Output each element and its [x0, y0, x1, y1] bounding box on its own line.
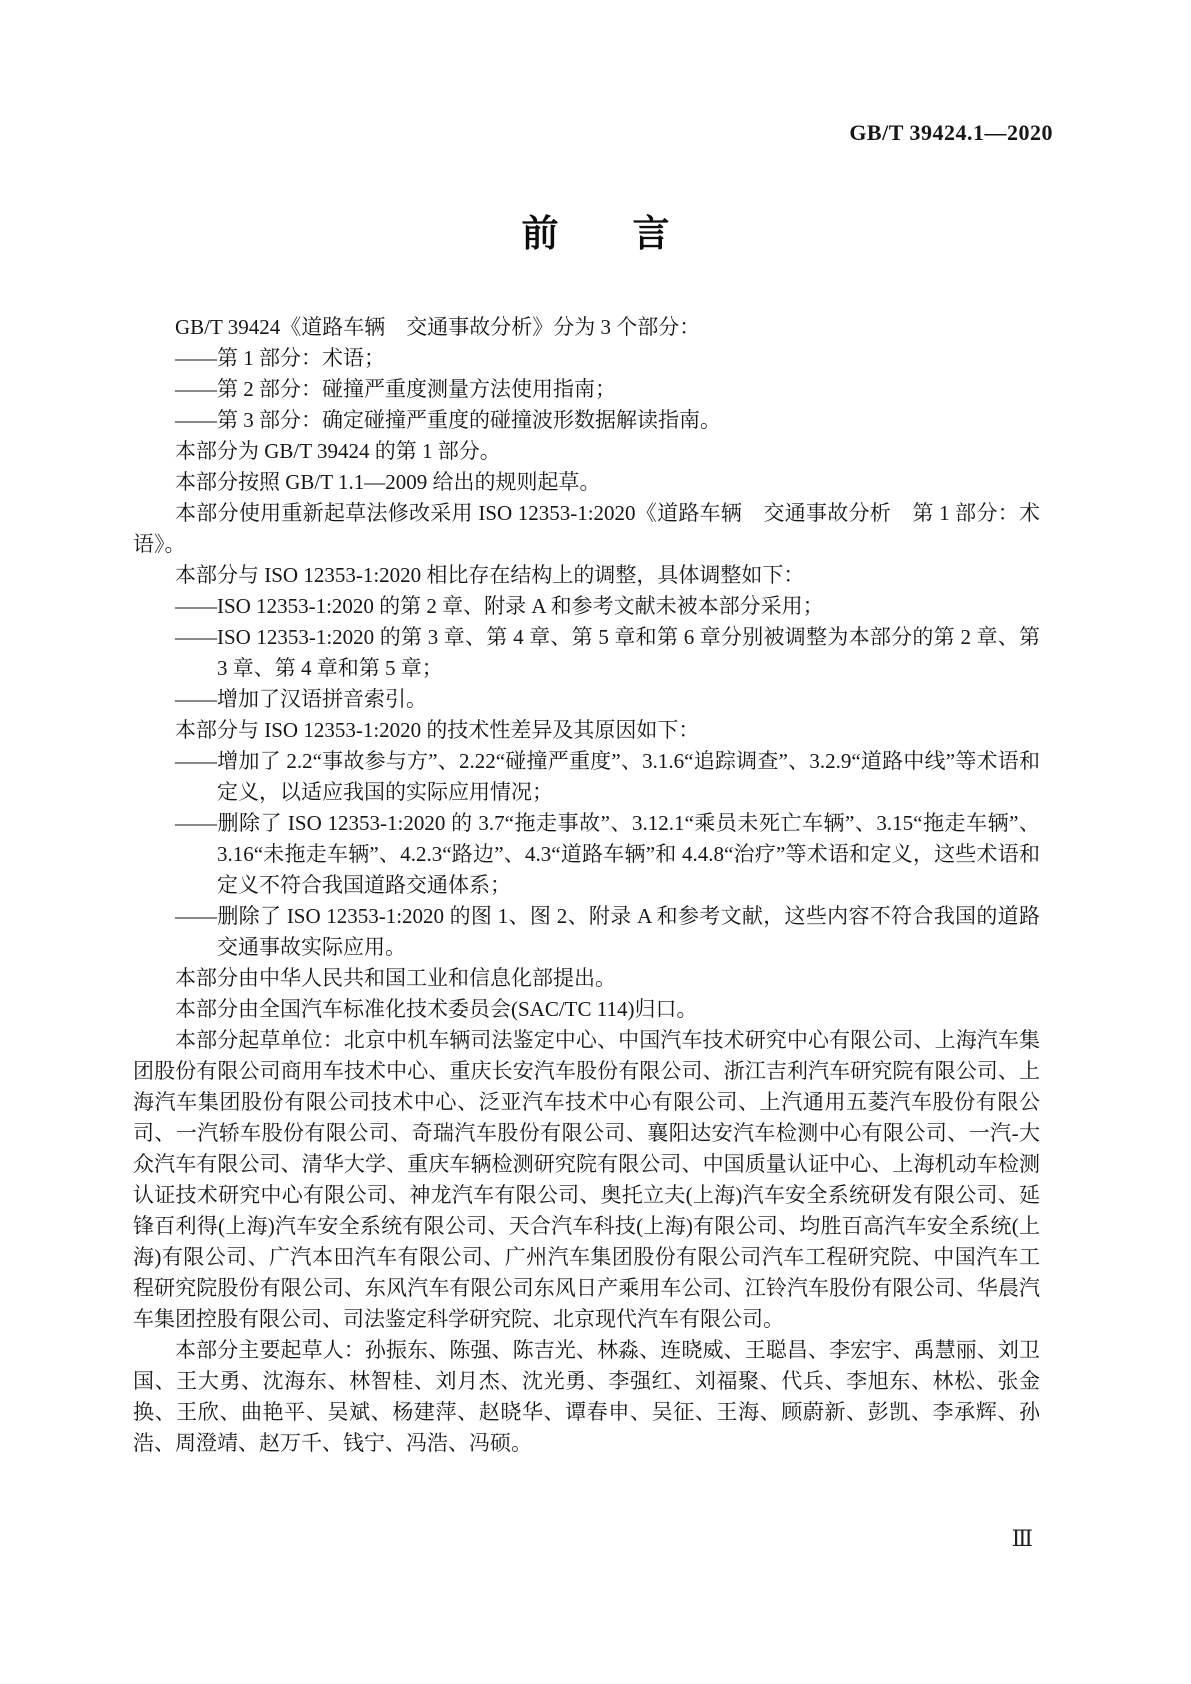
document-page: GB/T 39424.1—2020 前 言 GB/T 39424《道路车辆 交通…: [0, 0, 1191, 1684]
paragraph-drafting-units: 本部分起草单位：北京中机车辆司法鉴定中心、中国汽车技术研究中心有限公司、上海汽车…: [133, 1025, 1040, 1335]
dash-item-part-1: ——第 1 部分：术语；: [133, 343, 1040, 374]
dash-item-diff-added: ——增加了 2.2“事故参与方”、2.22“碰撞严重度”、3.1.6“追踪调查”…: [133, 746, 1040, 808]
foreword-content: GB/T 39424《道路车辆 交通事故分析》分为 3 个部分： ——第 1 部…: [133, 312, 1040, 1459]
dash-item-part-2: ——第 2 部分：碰撞严重度测量方法使用指南；: [133, 374, 1040, 405]
dash-item-adjust-2: ——ISO 12353-1:2020 的第 3 章、第 4 章、第 5 章和第 …: [133, 622, 1040, 684]
dash-item-part-3: ——第 3 部分：确定碰撞严重度的碰撞波形数据解读指南。: [133, 405, 1040, 436]
paragraph-proposed-by: 本部分由中华人民共和国工业和信息化部提出。: [133, 963, 1040, 994]
dash-item-diff-deleted-terms: ——删除了 ISO 12353-1:2020 的 3.7“拖走事故”、3.12.…: [133, 808, 1040, 901]
paragraph-centralized-by: 本部分由全国汽车标准化技术委员会(SAC/TC 114)归口。: [133, 994, 1040, 1025]
page-title: 前 言: [0, 212, 1191, 256]
dash-item-adjust-1: ——ISO 12353-1:2020 的第 2 章、附录 A 和参考文献未被本部…: [133, 591, 1040, 622]
paragraph-this-part: 本部分为 GB/T 39424 的第 1 部分。: [133, 436, 1040, 467]
paragraph-main-drafters: 本部分主要起草人：孙振东、陈强、陈吉光、林淼、连晓威、王聪昌、李宏宇、禹慧丽、刘…: [133, 1335, 1040, 1459]
dash-item-adjust-3: ——增加了汉语拼音索引。: [133, 684, 1040, 715]
page-number: Ⅲ: [1012, 1526, 1033, 1552]
paragraph-tech-differences: 本部分与 ISO 12353-1:2020 的技术性差异及其原因如下：: [133, 715, 1040, 746]
paragraph-structure-adjust: 本部分与 ISO 12353-1:2020 相比存在结构上的调整，具体调整如下：: [133, 560, 1040, 591]
standard-code: GB/T 39424.1—2020: [849, 120, 1053, 146]
dash-item-diff-deleted-figures: ——删除了 ISO 12353-1:2020 的图 1、图 2、附录 A 和参考…: [133, 901, 1040, 963]
paragraph-drafting-rule: 本部分按照 GB/T 1.1—2009 给出的规则起草。: [133, 467, 1040, 498]
paragraph-parts-intro: GB/T 39424《道路车辆 交通事故分析》分为 3 个部分：: [133, 312, 1040, 343]
paragraph-iso-adoption: 本部分使用重新起草法修改采用 ISO 12353-1:2020《道路车辆 交通事…: [133, 498, 1040, 560]
